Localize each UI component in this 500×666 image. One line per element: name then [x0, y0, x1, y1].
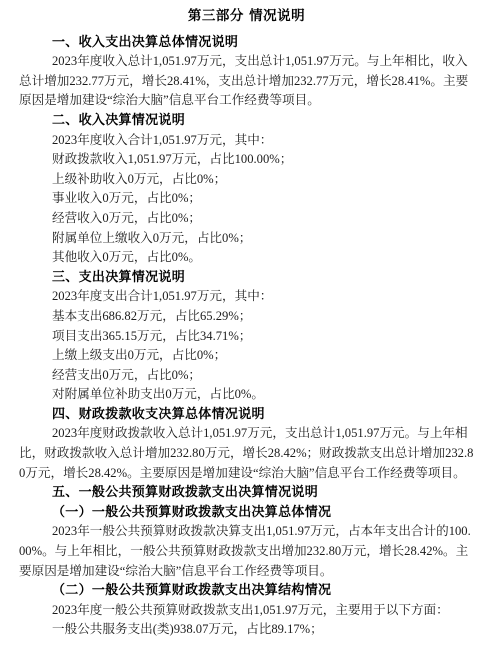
section-heading: 一、收入支出决算总体情况说明 — [19, 33, 474, 53]
section-heading: 二、收入决算情况说明 — [19, 111, 474, 131]
paragraph: 项目支出365.15万元，占比34.71%； — [19, 327, 474, 347]
page-title: 第三部分 情况说明 — [19, 7, 474, 27]
section-expenditure-details: 三、支出决算情况说明 2023年度支出合计1,051.97万元，其中： 基本支出… — [19, 268, 474, 405]
paragraph: 2023年度收入总计1,051.97万元，支出总计1,051.97万元。与上年相… — [19, 52, 474, 111]
section-heading: 三、支出决算情况说明 — [19, 268, 474, 288]
paragraph: 事业收入0万元，占比0%； — [19, 189, 474, 209]
paragraph: 一般公共服务支出(类)938.07万元，占比89.17%； — [19, 620, 474, 640]
paragraph: 2023年度支出合计1,051.97万元，其中： — [19, 287, 474, 307]
subsection-overall-situation: （一）一般公共预算财政拨款支出决算总体情况 2023年一般公共预算财政拨款决算支… — [19, 503, 474, 581]
paragraph: 2023年度财政拨款收入总计1,051.97万元，支出总计1,051.97万元。… — [19, 424, 474, 483]
subsection-heading: （二）一般公共预算财政拨款支出决算结构情况 — [19, 581, 474, 601]
section-public-budget-appropriation: 五、一般公共预算财政拨款支出决算情况说明 （一）一般公共预算财政拨款支出决算总体… — [19, 483, 474, 640]
section-income-details: 二、收入决算情况说明 2023年度收入合计1,051.97万元，其中： 财政拨款… — [19, 111, 474, 268]
section-heading: 四、财政拨款收支决算总体情况说明 — [19, 405, 474, 425]
paragraph: 上级补助收入0万元，占比0%； — [19, 170, 474, 190]
section-income-expenditure-overview: 一、收入支出决算总体情况说明 2023年度收入总计1,051.97万元，支出总计… — [19, 33, 474, 111]
section-fiscal-appropriation-overview: 四、财政拨款收支决算总体情况说明 2023年度财政拨款收入总计1,051.97万… — [19, 405, 474, 483]
paragraph: 附属单位上缴收入0万元，占比0%； — [19, 229, 474, 249]
paragraph: 经营收入0万元，占比0%； — [19, 209, 474, 229]
paragraph: 2023年一般公共预算财政拨款决算支出1,051.97万元，占本年支出合计的10… — [19, 522, 474, 581]
paragraph: 2023年度收入合计1,051.97万元，其中： — [19, 131, 474, 151]
document-page: 第三部分 情况说明 一、收入支出决算总体情况说明 2023年度收入总计1,051… — [0, 0, 500, 666]
paragraph: 上缴上级支出0万元，占比0%； — [19, 346, 474, 366]
paragraph: 对附属单位补助支出0万元，占比0%。 — [19, 385, 474, 405]
paragraph: 基本支出686.82万元，占比65.29%； — [19, 307, 474, 327]
subsection-structure-situation: （二）一般公共预算财政拨款支出决算结构情况 2023年度一般公共预算财政拨款支出… — [19, 581, 474, 640]
paragraph: 其他收入0万元，占比0%。 — [19, 248, 474, 268]
paragraph: 经营支出0万元，占比0%； — [19, 366, 474, 386]
section-heading: 五、一般公共预算财政拨款支出决算情况说明 — [19, 483, 474, 503]
paragraph: 2023年度一般公共预算财政拨款支出1,051.97万元，主要用于以下方面： — [19, 601, 474, 621]
paragraph: 财政拨款收入1,051.97万元，占比100.00%； — [19, 150, 474, 170]
subsection-heading: （一）一般公共预算财政拨款支出决算总体情况 — [19, 503, 474, 523]
